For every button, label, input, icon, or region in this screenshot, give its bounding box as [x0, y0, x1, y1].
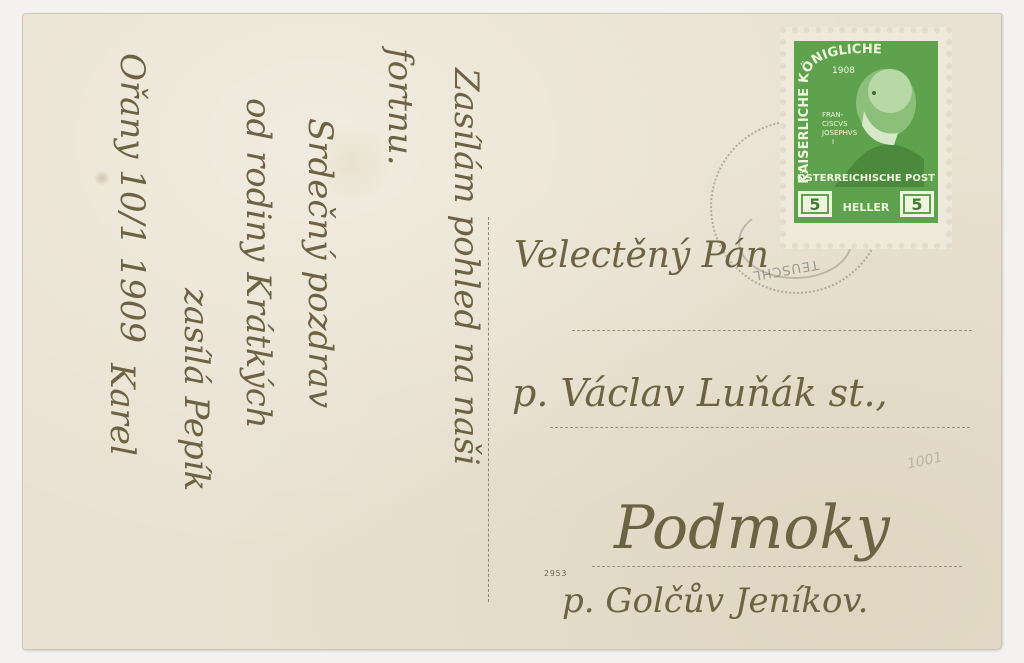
message-line-greeting: Srdečný pozdrav: [300, 118, 340, 408]
svg-text:HELLER: HELLER: [843, 201, 890, 214]
svg-text:I: I: [832, 138, 834, 146]
svg-text:5: 5: [809, 195, 820, 214]
print-number: 2953: [544, 569, 567, 578]
message-line-family: od rodiny Krátkých: [238, 98, 278, 429]
address-town: Podmoky: [614, 493, 890, 563]
message-line-fortnu: fortnu.: [380, 48, 420, 166]
message-line-intro: Zasílám pohled na naši: [446, 68, 486, 466]
pencil-note: 1001: [906, 449, 944, 472]
address-line-3: [592, 566, 962, 567]
address-post-office: p. Golčův Jeníkov.: [562, 581, 868, 621]
svg-text:5: 5: [911, 195, 922, 214]
svg-text:1908: 1908: [832, 66, 855, 76]
svg-text:JOSEPHVS: JOSEPHVS: [821, 129, 858, 137]
address-line-1: [572, 330, 972, 331]
svg-text:CISCVS: CISCVS: [822, 120, 848, 128]
svg-text:ÖSTERREICHISCHE POST: ÖSTERREICHISCHE POST: [797, 170, 935, 184]
stamp-face: KAISERLICHE KÖNIGLICHE ÖSTERREICHISCHE P…: [794, 41, 938, 223]
stamp-artwork-icon: KAISERLICHE KÖNIGLICHE ÖSTERREICHISCHE P…: [794, 41, 938, 223]
message-place-date: Ořany 10/1 1909: [112, 53, 152, 343]
message-line-sender: zasílá Pepík: [176, 288, 216, 491]
address-name: p. Václav Luňák st.,: [512, 371, 888, 415]
address-line-2: [550, 427, 970, 428]
message-signature: Karel: [102, 363, 142, 456]
svg-text:FRAN-: FRAN-: [822, 111, 844, 119]
postage-stamp: KAISERLICHE KÖNIGLICHE ÖSTERREICHISCHE P…: [780, 27, 952, 249]
center-divider: [488, 217, 489, 602]
